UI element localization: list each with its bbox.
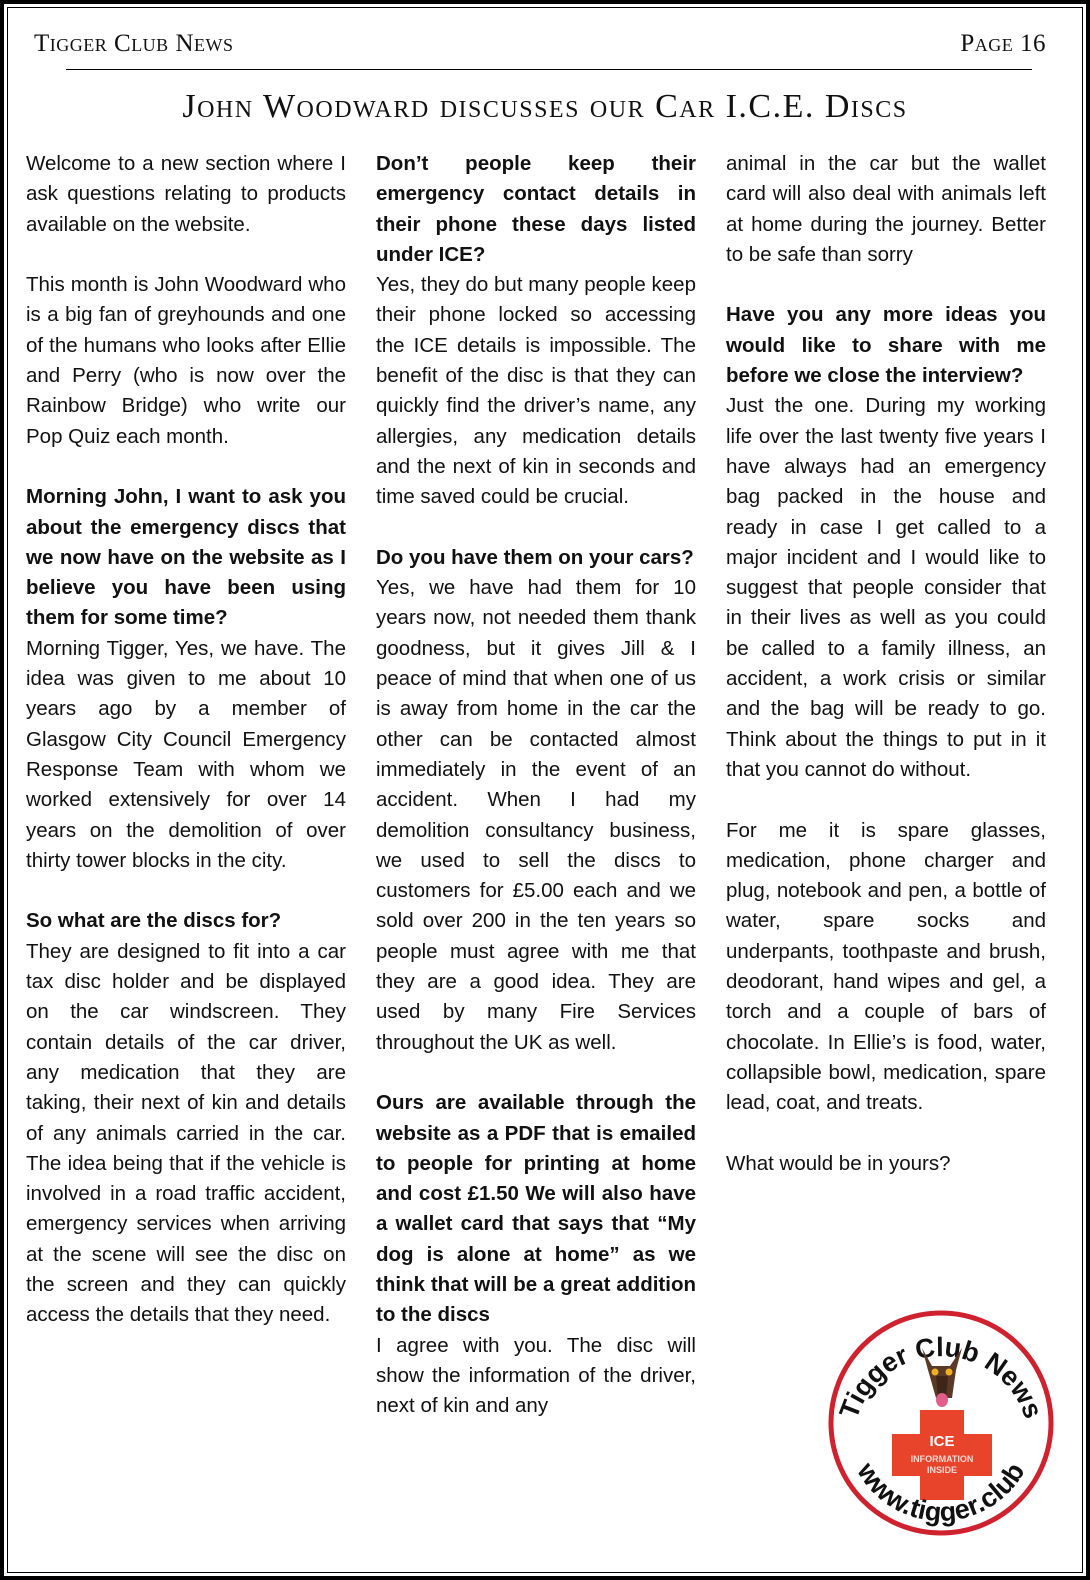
interview-answer: Morning Tigger, Yes, we have. The idea w… (26, 634, 346, 876)
paragraph: This month is John Woodward who is a big… (26, 270, 346, 452)
tigger-club-ice-logo: Tigger Club News ICE INFORMATION INSIDE … (824, 1306, 1058, 1540)
interview-question: Do you have them on your cars? (376, 543, 696, 573)
interview-question: So what are the discs for? (26, 906, 346, 936)
svg-text:ICE: ICE (929, 1433, 954, 1450)
header-rule (66, 69, 1032, 70)
interview-answer: I agree with you. The disc will show the… (376, 1331, 696, 1422)
interview-question: Ours are available through the website a… (376, 1088, 696, 1330)
interview-answer: Yes, we have had them for 10 years now, … (376, 573, 696, 1058)
article-column-3: animal in the car but the wallet card wi… (726, 149, 1046, 1179)
interview-answer: animal in the car but the wallet card wi… (726, 149, 1046, 270)
interview-answer: Just the one. During my working life ove… (726, 391, 1046, 785)
svg-text:INSIDE: INSIDE (927, 1465, 957, 1475)
article-title: John Woodward discusses our Car I.C.E. D… (4, 88, 1086, 126)
article-column-1: Welcome to a new section where I ask que… (26, 149, 346, 1331)
interview-answer: Yes, they do but many people keep their … (376, 270, 696, 512)
interview-question: Don’t people keep their emergency contac… (376, 149, 696, 270)
interview-question: Have you any more ideas you would like t… (726, 300, 1046, 391)
closing-question: What would be in yours? (726, 1149, 1046, 1179)
publication-name: Tigger Club News (34, 30, 234, 58)
article-column-2: Don’t people keep their emergency contac… (376, 149, 696, 1421)
newsletter-page: Tigger Club News Page 16 John Woodward d… (4, 4, 1086, 1576)
svg-text:INFORMATION: INFORMATION (911, 1454, 974, 1464)
paragraph: For me it is spare glasses, medication, … (726, 816, 1046, 1119)
paragraph: Welcome to a new section where I ask que… (26, 149, 346, 240)
interview-answer: They are designed to fit into a car tax … (26, 937, 346, 1331)
interview-question: Morning John, I want to ask you about th… (26, 482, 346, 633)
page-number: Page 16 (960, 30, 1046, 58)
